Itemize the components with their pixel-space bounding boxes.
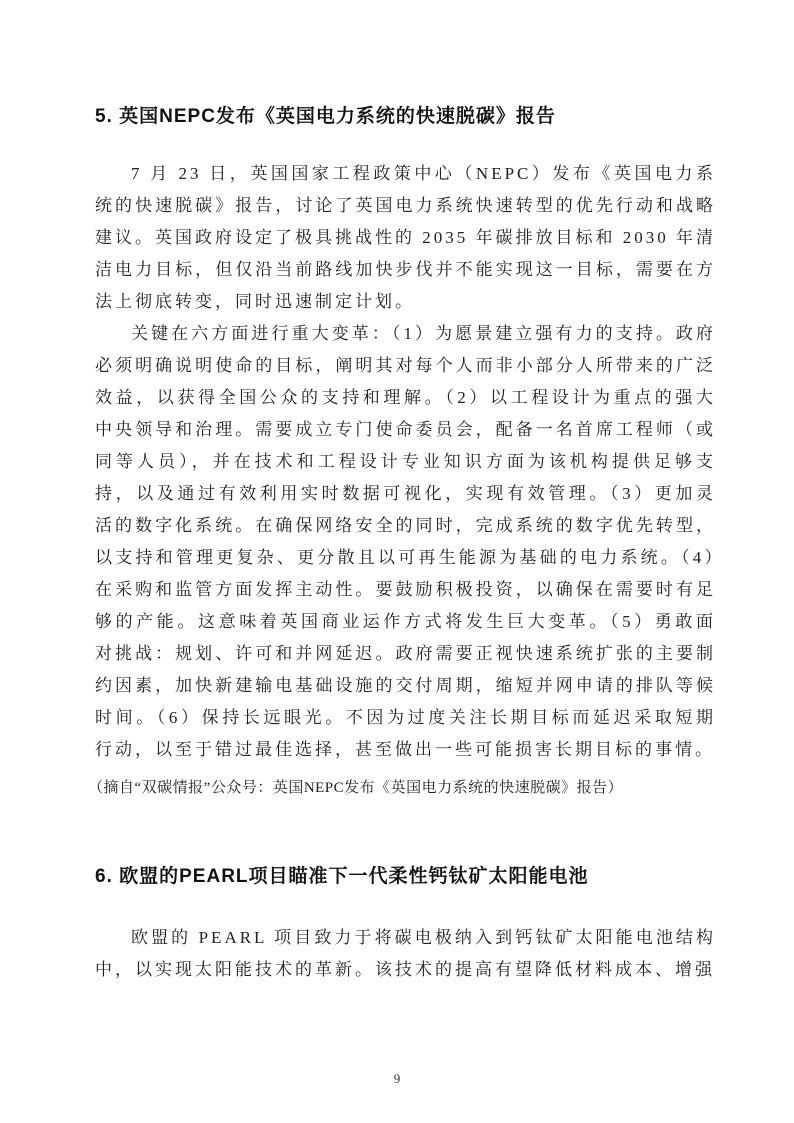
section-6-heading: 6. 欧盟的PEARL项目瞄准下一代柔性钙钛矿太阳能电池	[95, 864, 716, 890]
section-5-paragraph-1: 7 月 23 日，英国国家工程政策中心（NEPC）发布《英国电力系统的快速脱碳》…	[95, 158, 716, 318]
section-5-paragraph-2: 关键在六方面进行重大变革：（1）为愿景建立强有力的支持。政府必须明确说明使命的目…	[95, 318, 716, 766]
section-5-heading: 5. 英国NEPC发布《英国电力系统的快速脱碳》报告	[95, 104, 716, 130]
section-6-paragraph-1: 欧盟的 PEARL 项目致力于将碳电极纳入到钙钛矿太阳能电池结构中，以实现太阳能…	[95, 922, 716, 986]
document-page: 5. 英国NEPC发布《英国电力系统的快速脱碳》报告 7 月 23 日，英国国家…	[0, 0, 794, 1123]
page-content: 5. 英国NEPC发布《英国电力系统的快速脱碳》报告 7 月 23 日，英国国家…	[95, 0, 716, 986]
page-number: 9	[0, 1071, 794, 1087]
section-5-source-note: （摘自“双碳情报”公众号：英国NEPC发布《英国电力系统的快速脱碳》报告）	[88, 776, 716, 800]
